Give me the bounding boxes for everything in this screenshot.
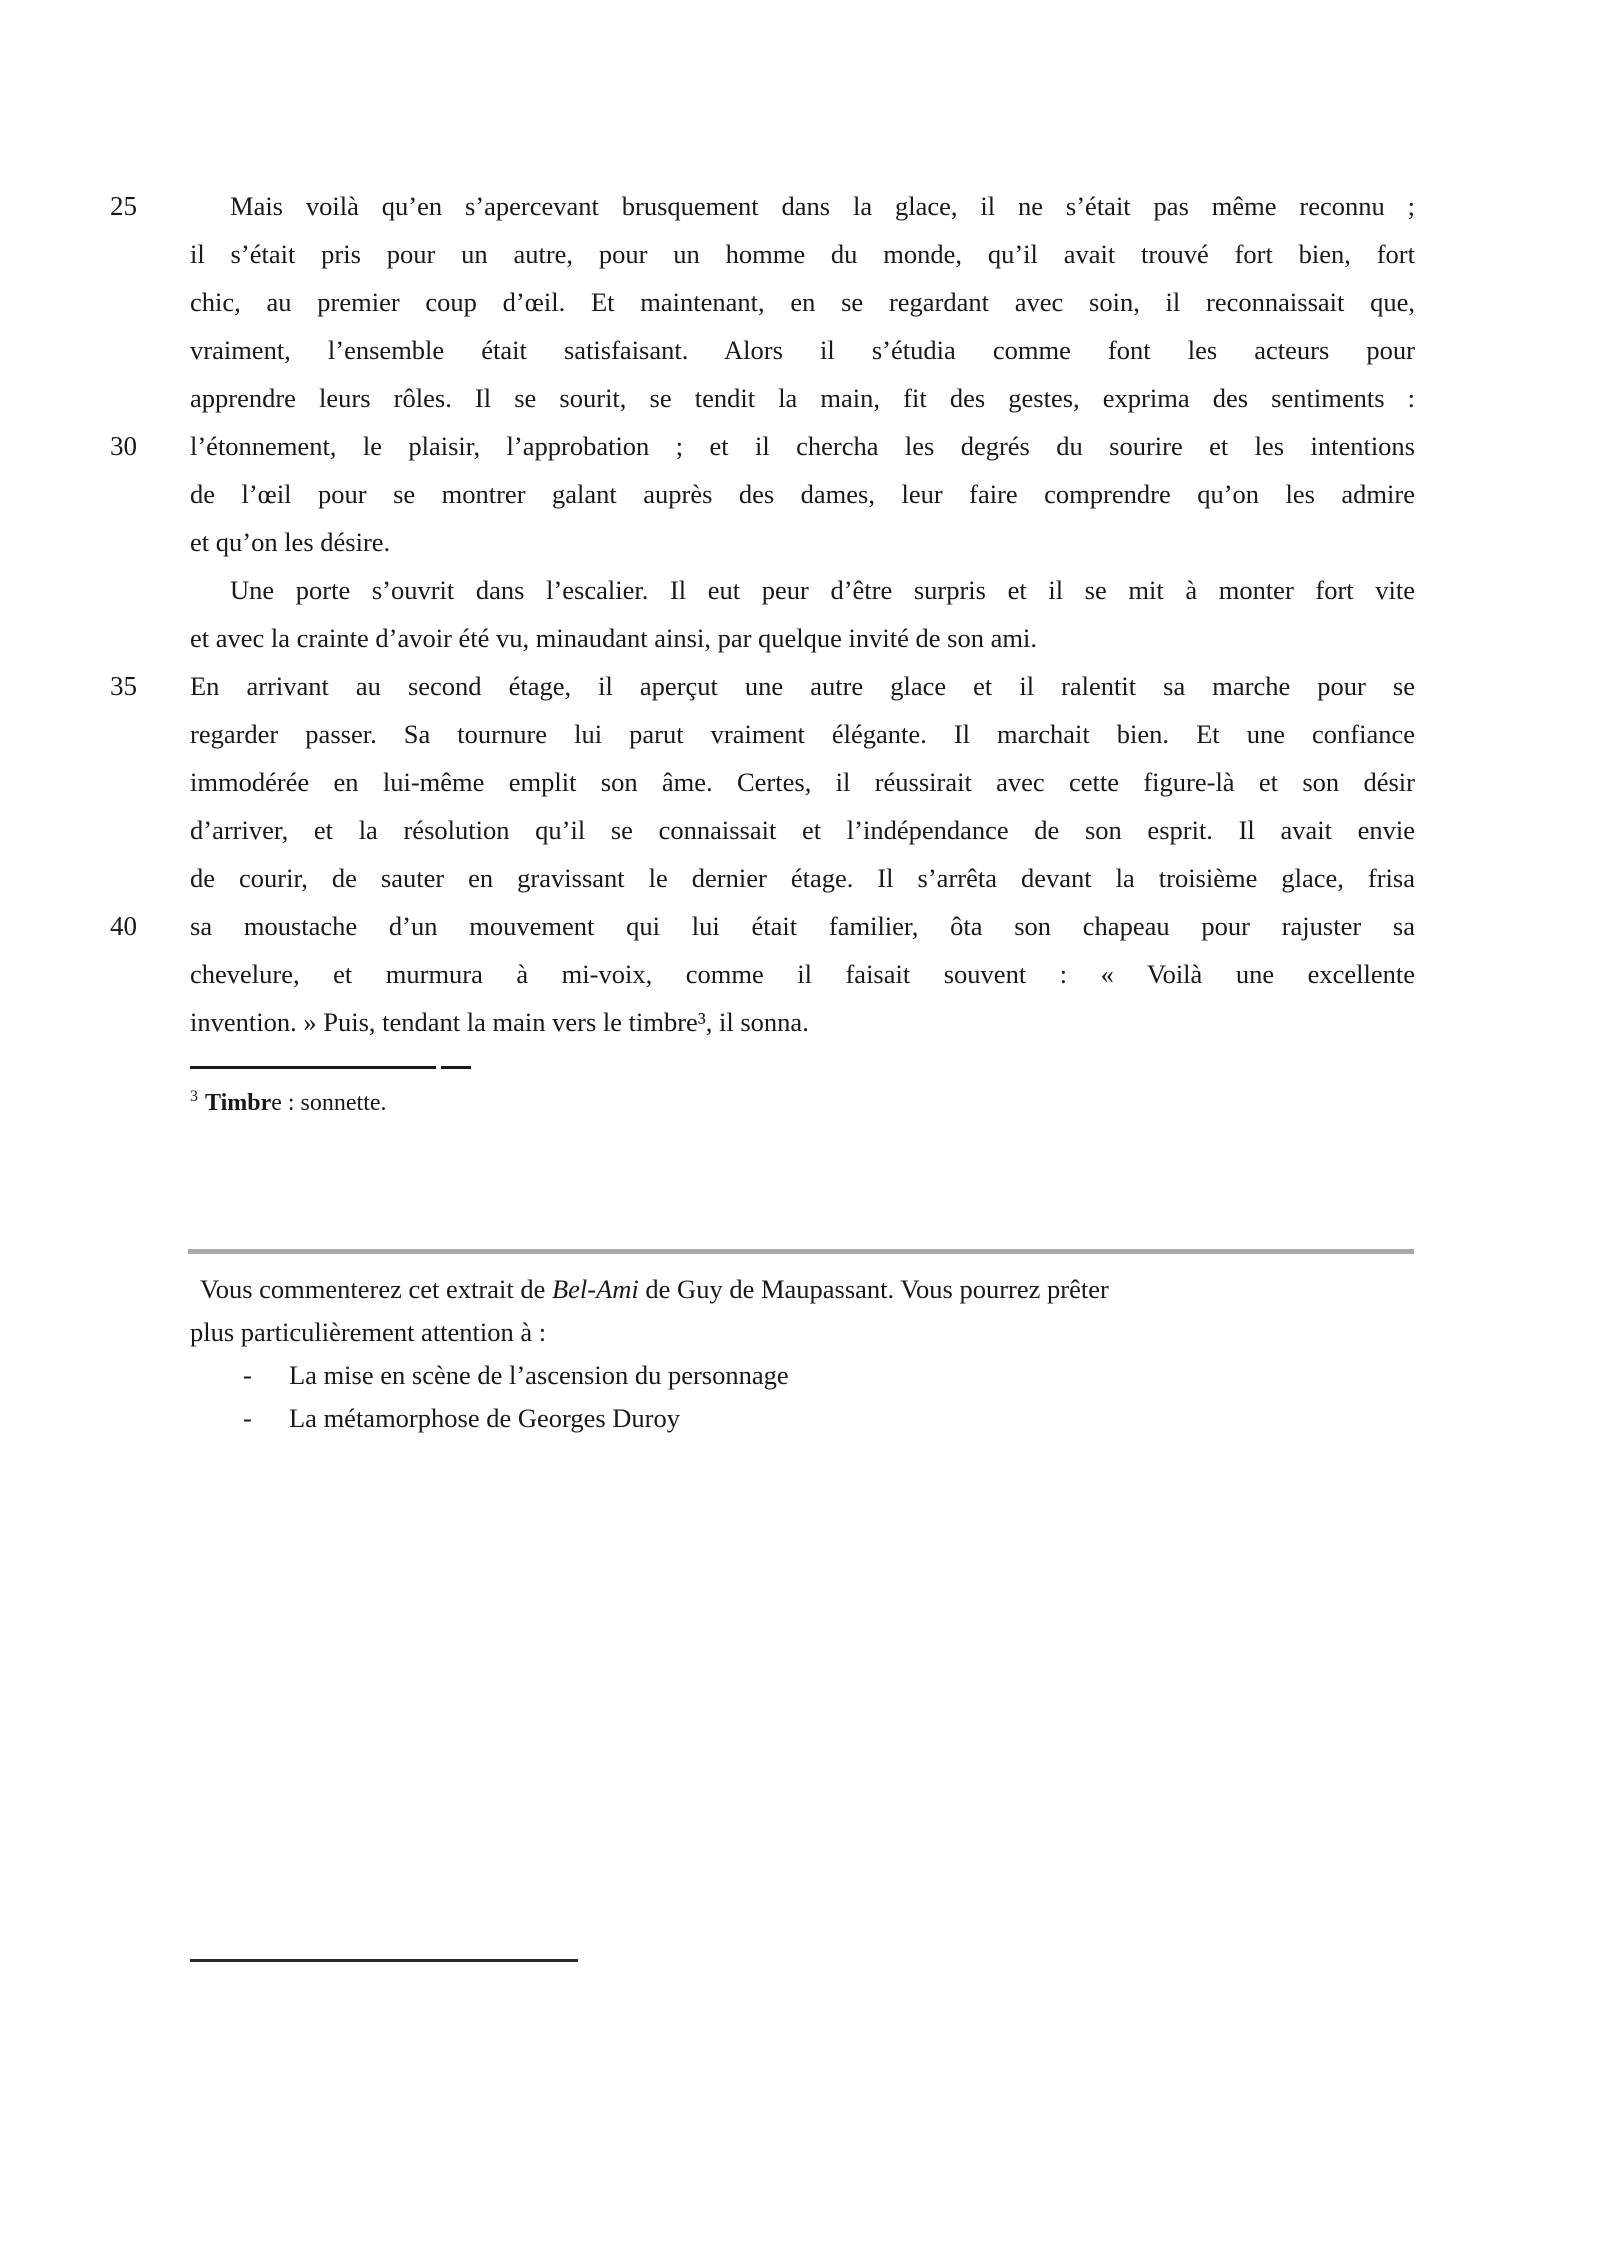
line-text: l’étonnement, le plaisir, l’approbation …: [190, 422, 1415, 470]
line-number: [110, 470, 190, 518]
line-number: [110, 806, 190, 854]
text-line: Une porte s’ouvrit dans l’escalier. Il e…: [110, 566, 1415, 614]
line-text: chevelure, et murmura à mi-voix, comme i…: [190, 950, 1415, 998]
text-line: et qu’on les désire.: [110, 518, 1415, 566]
footnote-term-bold: Timbr: [205, 1090, 271, 1116]
line-text: d’arriver, et la résolution qu’il se con…: [190, 806, 1415, 854]
text-line: vraiment, l’ensemble était satisfaisant.…: [110, 326, 1415, 374]
line-number: [110, 854, 190, 902]
line-text: invention. » Puis, tendant la main vers …: [190, 998, 1415, 1046]
assignment-section: Vous commenterez cet extrait de Bel-Ami …: [190, 1268, 1415, 1440]
document-page: 25Mais voilà qu’en s’apercevant brusquem…: [0, 0, 1600, 2264]
footnote-separator: [190, 1066, 1415, 1072]
list-item-text: La mise en scène de l’ascension du perso…: [289, 1354, 1415, 1397]
line-number: [110, 374, 190, 422]
text-line: regarder passer. Sa tournure lui parut v…: [110, 710, 1415, 758]
assignment-intro-line1: Vous commenterez cet extrait de Bel-Ami …: [190, 1268, 1415, 1311]
text-line: chic, au premier coup d’œil. Et maintena…: [110, 278, 1415, 326]
text-line: 25Mais voilà qu’en s’apercevant brusquem…: [110, 182, 1415, 230]
footnote-definition: e : sonnette.: [271, 1090, 386, 1116]
assignment-list-item: -La métamorphose de Georges Duroy: [190, 1397, 1415, 1440]
text-line: 40sa moustache d’un mouvement qui lui ét…: [110, 902, 1415, 950]
excerpt-lines: 25Mais voilà qu’en s’apercevant brusquem…: [110, 182, 1415, 1046]
line-number: [110, 950, 190, 998]
line-text: Une porte s’ouvrit dans l’escalier. Il e…: [190, 566, 1415, 614]
list-dash: -: [243, 1354, 289, 1397]
line-text: En arrivant au second étage, il aperçut …: [190, 662, 1415, 710]
line-number: [110, 326, 190, 374]
line-number: [110, 278, 190, 326]
text-line: immodérée en lui-même emplit son âme. Ce…: [110, 758, 1415, 806]
line-number: 40: [110, 902, 190, 950]
text-line: chevelure, et murmura à mi-voix, comme i…: [110, 950, 1415, 998]
line-number: [110, 710, 190, 758]
line-number: [110, 566, 190, 614]
line-number: [110, 518, 190, 566]
footnote-separator-segment: [190, 1066, 436, 1069]
line-text: Mais voilà qu’en s’apercevant brusquemen…: [190, 182, 1415, 230]
line-text: et avec la crainte d’avoir été vu, minau…: [190, 614, 1415, 662]
excerpt-section: 25Mais voilà qu’en s’apercevant brusquem…: [110, 182, 1415, 1119]
assignment-intro-line2: plus particulièrement attention à :: [190, 1311, 1415, 1354]
line-number: [110, 614, 190, 662]
line-number: 25: [110, 182, 190, 230]
text-line: il s’était pris pour un autre, pour un h…: [110, 230, 1415, 278]
line-text: vraiment, l’ensemble était satisfaisant.…: [190, 326, 1415, 374]
line-text: immodérée en lui-même emplit son âme. Ce…: [190, 758, 1415, 806]
text-line: d’arriver, et la résolution qu’il se con…: [110, 806, 1415, 854]
text-line: 30l’étonnement, le plaisir, l’approbatio…: [110, 422, 1415, 470]
assignment-text: de Guy de Maupassant. Vous pourrez prête…: [639, 1274, 1109, 1304]
assignment-text: Vous commenterez cet extrait de: [200, 1274, 552, 1304]
text-line: de l’œil pour se montrer galant auprès d…: [110, 470, 1415, 518]
footnote-separator-segment: [441, 1066, 471, 1069]
list-item-text: La métamorphose de Georges Duroy: [289, 1397, 1415, 1440]
line-number: [110, 758, 190, 806]
line-number: [110, 998, 190, 1046]
line-number: 30: [110, 422, 190, 470]
line-text: de l’œil pour se montrer galant auprès d…: [190, 470, 1415, 518]
line-text: de courir, de sauter en gravissant le de…: [190, 854, 1415, 902]
line-number: [110, 230, 190, 278]
section-divider-rule: [188, 1249, 1414, 1254]
text-line: invention. » Puis, tendant la main vers …: [110, 998, 1415, 1046]
text-line: apprendre leurs rôles. Il se sourit, se …: [110, 374, 1415, 422]
line-text: il s’était pris pour un autre, pour un h…: [190, 230, 1415, 278]
line-text: apprendre leurs rôles. Il se sourit, se …: [190, 374, 1415, 422]
line-text: chic, au premier coup d’œil. Et maintena…: [190, 278, 1415, 326]
line-text: regarder passer. Sa tournure lui parut v…: [190, 710, 1415, 758]
assignment-items: -La mise en scène de l’ascension du pers…: [190, 1354, 1415, 1440]
line-number: 35: [110, 662, 190, 710]
bottom-footnote-separator: [190, 1959, 578, 1962]
line-text: sa moustache d’un mouvement qui lui étai…: [190, 902, 1415, 950]
text-line: 35En arrivant au second étage, il aperçu…: [110, 662, 1415, 710]
footnote: 3Timbre : sonnette.: [190, 1081, 1415, 1119]
line-text: et qu’on les désire.: [190, 518, 1415, 566]
list-dash: -: [243, 1397, 289, 1440]
work-title: Bel-Ami: [552, 1274, 639, 1304]
text-line: de courir, de sauter en gravissant le de…: [110, 854, 1415, 902]
assignment-list-item: -La mise en scène de l’ascension du pers…: [190, 1354, 1415, 1397]
text-line: et avec la crainte d’avoir été vu, minau…: [110, 614, 1415, 662]
footnote-marker: 3: [190, 1088, 198, 1105]
